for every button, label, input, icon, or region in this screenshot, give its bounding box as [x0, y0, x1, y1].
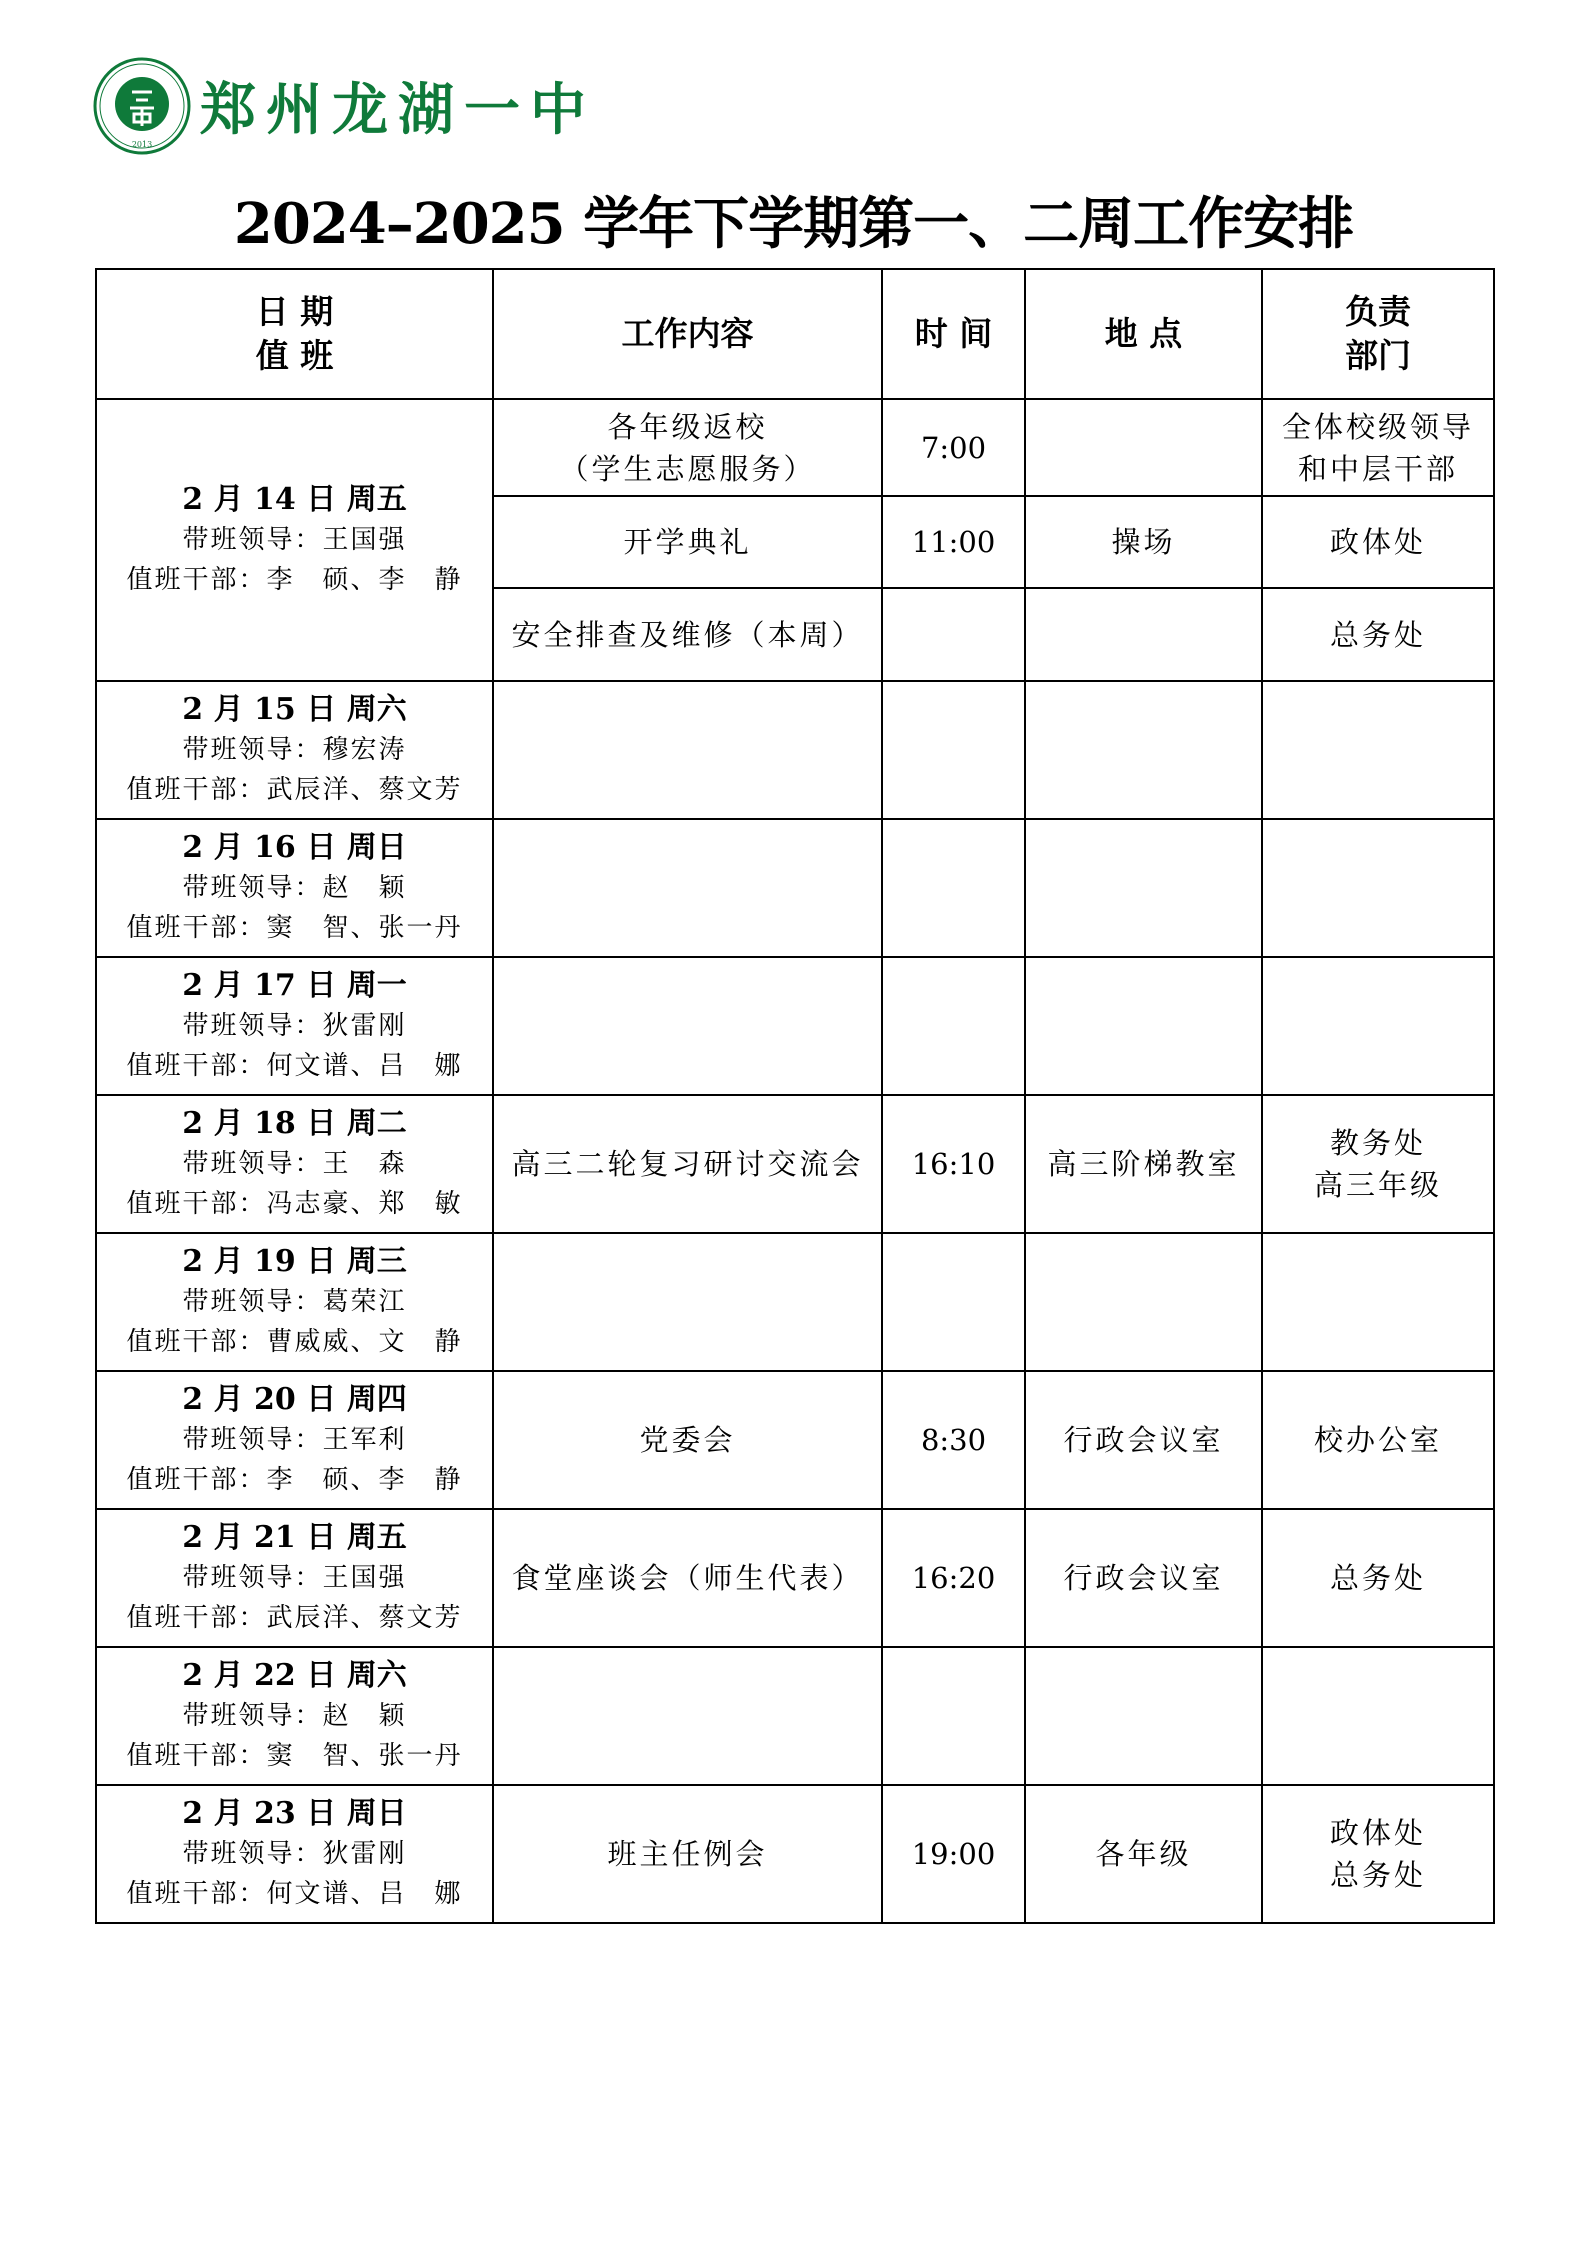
- duty-staff: 值班干部：冯志豪、郑 敏: [97, 1184, 492, 1224]
- content-cell: [493, 681, 882, 819]
- content-cell: 班主任例会: [493, 1785, 882, 1923]
- date-label: 2 月 20 日 周四: [97, 1380, 492, 1420]
- date-label: 2 月 15 日 周六: [97, 690, 492, 730]
- date-duty-cell: 2 月 16 日 周日带班领导：赵 颖值班干部：窦 智、张一丹: [96, 819, 493, 957]
- duty-staff: 值班干部：武辰洋、蔡文芳: [97, 1598, 492, 1638]
- date-label: 2 月 19 日 周三: [97, 1242, 492, 1282]
- time-cell: [882, 1647, 1025, 1785]
- dept-cell: [1262, 957, 1494, 1095]
- duty-leader: 带班领导：狄雷刚: [97, 1834, 492, 1874]
- table-row: 2 月 22 日 周六带班领导：赵 颖值班干部：窦 智、张一丹: [96, 1647, 1494, 1785]
- date-duty-cell: 2 月 19 日 周三带班领导：葛荣江值班干部：曹威威、文 静: [96, 1233, 493, 1371]
- content-cell: 开学典礼: [493, 496, 882, 588]
- duty-leader: 带班领导：赵 颖: [97, 868, 492, 908]
- duty-leader: 带班领导：赵 颖: [97, 1696, 492, 1736]
- duty-leader: 带班领导：狄雷刚: [97, 1006, 492, 1046]
- date-label: 2 月 22 日 周六: [97, 1656, 492, 1696]
- duty-leader: 带班领导：王国强: [97, 520, 492, 560]
- schedule-table: 日 期值 班 工作内容 时 间 地 点 负责部门 2 月 14 日 周五带班领导…: [95, 268, 1495, 1924]
- dept-cell: [1262, 819, 1494, 957]
- table-row: 2 月 18 日 周二带班领导：王 森值班干部：冯志豪、郑 敏高三二轮复习研讨交…: [96, 1095, 1494, 1233]
- date-duty-cell: 2 月 20 日 周四带班领导：王军利值班干部：李 硕、李 静: [96, 1371, 493, 1509]
- date-duty-cell: 2 月 21 日 周五带班领导：王国强值班干部：武辰洋、蔡文芳: [96, 1509, 493, 1647]
- duty-leader: 带班领导：王军利: [97, 1420, 492, 1460]
- place-cell: 行政会议室: [1025, 1509, 1262, 1647]
- date-duty-cell: 2 月 18 日 周二带班领导：王 森值班干部：冯志豪、郑 敏: [96, 1095, 493, 1233]
- table-row: 2 月 14 日 周五带班领导：王国强值班干部：李 硕、李 静各年级返校（学生志…: [96, 399, 1494, 496]
- date-duty-cell: 2 月 15 日 周六带班领导：穆宏涛值班干部：武辰洋、蔡文芳: [96, 681, 493, 819]
- time-cell: 16:10: [882, 1095, 1025, 1233]
- duty-staff: 值班干部：何文谱、吕 娜: [97, 1874, 492, 1914]
- content-cell: 食堂座谈会（师生代表）: [493, 1509, 882, 1647]
- school-logo: 2013 郑州龙湖一中: [92, 56, 596, 156]
- time-cell: [882, 588, 1025, 681]
- dept-cell: 政体处: [1262, 496, 1494, 588]
- time-cell: 19:00: [882, 1785, 1025, 1923]
- date-label: 2 月 21 日 周五: [97, 1518, 492, 1558]
- date-duty-cell: 2 月 23 日 周日带班领导：狄雷刚值班干部：何文谱、吕 娜: [96, 1785, 493, 1923]
- dept-cell: 总务处: [1262, 1509, 1494, 1647]
- date-label: 2 月 18 日 周二: [97, 1104, 492, 1144]
- table-row: 2 月 16 日 周日带班领导：赵 颖值班干部：窦 智、张一丹: [96, 819, 1494, 957]
- duty-staff: 值班干部：武辰洋、蔡文芳: [97, 770, 492, 810]
- time-cell: 11:00: [882, 496, 1025, 588]
- table-row: 2 月 17 日 周一带班领导：狄雷刚值班干部：何文谱、吕 娜: [96, 957, 1494, 1095]
- content-cell: 各年级返校（学生志愿服务）: [493, 399, 882, 496]
- time-cell: [882, 1233, 1025, 1371]
- header-place: 地 点: [1025, 269, 1262, 399]
- content-cell: 高三二轮复习研讨交流会: [493, 1095, 882, 1233]
- time-cell: 8:30: [882, 1371, 1025, 1509]
- table-row: 2 月 20 日 周四带班领导：王军利值班干部：李 硕、李 静党委会8:30行政…: [96, 1371, 1494, 1509]
- table-row: 2 月 19 日 周三带班领导：葛荣江值班干部：曹威威、文 静: [96, 1233, 1494, 1371]
- date-label: 2 月 16 日 周日: [97, 828, 492, 868]
- duty-leader: 带班领导：王 森: [97, 1144, 492, 1184]
- content-cell: [493, 957, 882, 1095]
- place-cell: [1025, 399, 1262, 496]
- place-cell: 行政会议室: [1025, 1371, 1262, 1509]
- header-dept: 负责部门: [1262, 269, 1494, 399]
- table-row: 2 月 15 日 周六带班领导：穆宏涛值班干部：武辰洋、蔡文芳: [96, 681, 1494, 819]
- table-row: 2 月 23 日 周日带班领导：狄雷刚值班干部：何文谱、吕 娜班主任例会19:0…: [96, 1785, 1494, 1923]
- duty-staff: 值班干部：窦 智、张一丹: [97, 908, 492, 948]
- dept-cell: 全体校级领导和中层干部: [1262, 399, 1494, 496]
- school-seal-icon: 2013: [92, 56, 192, 156]
- header-row: 日 期值 班 工作内容 时 间 地 点 负责部门: [96, 269, 1494, 399]
- time-cell: [882, 957, 1025, 1095]
- header-content: 工作内容: [493, 269, 882, 399]
- dept-cell: 校办公室: [1262, 1371, 1494, 1509]
- page-title: 2024–2025 学年下学期第一、二周工作安排: [0, 180, 1587, 260]
- dept-cell: [1262, 1233, 1494, 1371]
- table-row: 2 月 21 日 周五带班领导：王国强值班干部：武辰洋、蔡文芳食堂座谈会（师生代…: [96, 1509, 1494, 1647]
- duty-leader: 带班领导：穆宏涛: [97, 730, 492, 770]
- date-label: 2 月 23 日 周日: [97, 1794, 492, 1834]
- place-cell: [1025, 681, 1262, 819]
- duty-staff: 值班干部：窦 智、张一丹: [97, 1736, 492, 1776]
- duty-staff: 值班干部：李 硕、李 静: [97, 1460, 492, 1500]
- place-cell: 各年级: [1025, 1785, 1262, 1923]
- dept-cell: 总务处: [1262, 588, 1494, 681]
- school-name: 郑州龙湖一中: [200, 66, 596, 146]
- svg-text:2013: 2013: [132, 140, 152, 149]
- duty-staff: 值班干部：曹威威、文 静: [97, 1322, 492, 1362]
- place-cell: [1025, 1647, 1262, 1785]
- date-duty-cell: 2 月 17 日 周一带班领导：狄雷刚值班干部：何文谱、吕 娜: [96, 957, 493, 1095]
- header-time: 时 间: [882, 269, 1025, 399]
- date-duty-cell: 2 月 14 日 周五带班领导：王国强值班干部：李 硕、李 静: [96, 399, 493, 681]
- time-cell: [882, 819, 1025, 957]
- time-cell: 7:00: [882, 399, 1025, 496]
- duty-leader: 带班领导：葛荣江: [97, 1282, 492, 1322]
- content-cell: 党委会: [493, 1371, 882, 1509]
- date-label: 2 月 14 日 周五: [97, 480, 492, 520]
- time-cell: 16:20: [882, 1509, 1025, 1647]
- duty-staff: 值班干部：何文谱、吕 娜: [97, 1046, 492, 1086]
- place-cell: 操场: [1025, 496, 1262, 588]
- place-cell: 高三阶梯教室: [1025, 1095, 1262, 1233]
- place-cell: [1025, 1233, 1262, 1371]
- time-cell: [882, 681, 1025, 819]
- duty-leader: 带班领导：王国强: [97, 1558, 492, 1598]
- dept-cell: 教务处高三年级: [1262, 1095, 1494, 1233]
- duty-staff: 值班干部：李 硕、李 静: [97, 560, 492, 600]
- content-cell: [493, 819, 882, 957]
- date-label: 2 月 17 日 周一: [97, 966, 492, 1006]
- header-date: 日 期值 班: [96, 269, 493, 399]
- date-duty-cell: 2 月 22 日 周六带班领导：赵 颖值班干部：窦 智、张一丹: [96, 1647, 493, 1785]
- dept-cell: 政体处总务处: [1262, 1785, 1494, 1923]
- content-cell: 安全排查及维修（本周）: [493, 588, 882, 681]
- place-cell: [1025, 957, 1262, 1095]
- dept-cell: [1262, 1647, 1494, 1785]
- dept-cell: [1262, 681, 1494, 819]
- place-cell: [1025, 819, 1262, 957]
- place-cell: [1025, 588, 1262, 681]
- content-cell: [493, 1233, 882, 1371]
- content-cell: [493, 1647, 882, 1785]
